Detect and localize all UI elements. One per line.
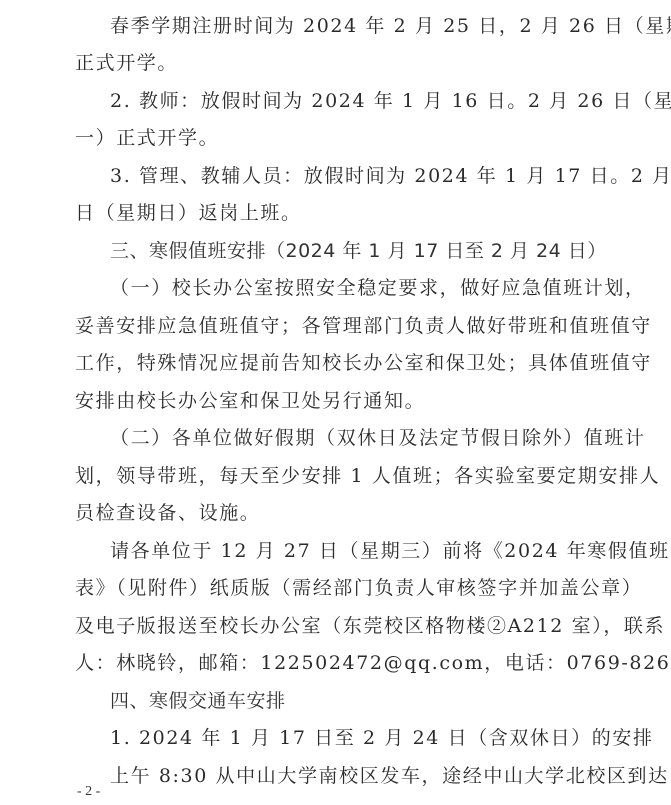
paragraph-line: 春季学期注册时间为 2024 年 2 月 25 日，2 月 26 日（星期一）	[110, 14, 630, 38]
paragraph-line: 及电子版报送至校长办公室（东莞校区格物楼②A212 室），联系	[75, 614, 595, 638]
paragraph-line: 工作，特殊情况应提前告知校长办公室和保卫处；具体值班值守	[75, 351, 595, 375]
paragraph-line: 正式开学。	[75, 51, 595, 75]
paragraph-line: （一）校长办公室按照安全稳定要求，做好应急值班计划，	[110, 276, 630, 300]
paragraph-line: 请各单位于 12 月 27 日（星期三）前将《2024 年寒假值班	[110, 539, 630, 563]
page-number: - 2 -	[77, 784, 100, 800]
paragraph-line: 妥善安排应急值班值守；各管理部门负责人做好带班和值班值守	[75, 314, 595, 338]
paragraph-line: 一）正式开学。	[75, 126, 595, 150]
paragraph-line: 1. 2024 年 1 月 17 日至 2 月 24 日（含双休日）的安排	[110, 726, 630, 750]
contact-line: 人：林晓铃，邮箱：122502472@qq.com，电话：0769-826768…	[75, 651, 595, 675]
paragraph-line: 安排由校长办公室和保卫处另行通知。	[75, 389, 595, 413]
document-page: 春季学期注册时间为 2024 年 2 月 25 日，2 月 26 日（星期一） …	[0, 0, 671, 805]
paragraph-line: 划，领导带班，每天至少安排 1 人值班；各实验室要定期安排人	[75, 464, 595, 488]
section-heading-4: 四、寒假交通车安排	[110, 689, 630, 713]
paragraph-line: 表》（见附件）纸质版（需经部门负责人审核签字并加盖公章）	[75, 576, 595, 600]
paragraph-line: 上午 8:30 从中山大学南校区发车，途经中山大学北校区到达	[110, 764, 630, 788]
paragraph-line: 2. 教师：放假时间为 2024 年 1 月 16 日。2 月 26 日（星期	[110, 89, 630, 113]
paragraph-line: （二）各单位做好假期（双休日及法定节假日除外）值班计	[110, 426, 630, 450]
paragraph-line: 员检查设备、设施。	[75, 501, 595, 525]
paragraph-line: 日（星期日）返岗上班。	[75, 201, 595, 225]
section-heading-3: 三、寒假值班安排（2024 年 1 月 17 日至 2 月 24 日）	[110, 239, 630, 263]
paragraph-line: 3. 管理、教辅人员：放假时间为 2024 年 1 月 17 日。2 月 25	[110, 164, 630, 188]
